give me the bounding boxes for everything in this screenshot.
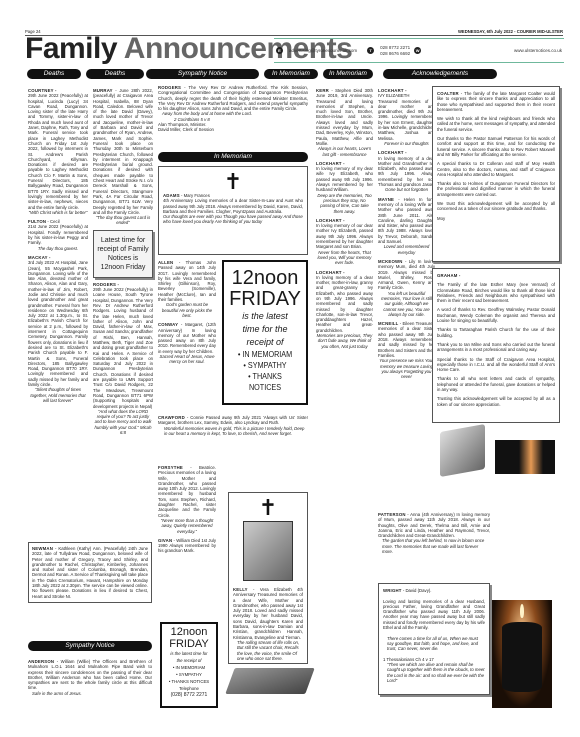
notice-lockhart-1: LOCKHART -In loving memory of my dear wi…	[316, 161, 373, 214]
notice-conway: CONWAY - Margaret, (12th Anniversary) In…	[158, 322, 216, 364]
issue-date: WEDNESDAY, 6th July 2022 - COURIER MID-U…	[458, 29, 563, 34]
section-memoriam-sub: In Memoriam	[158, 152, 308, 162]
bible-graphic-right	[440, 424, 485, 477]
section-memoriam-1: In Memoriam	[264, 69, 318, 79]
bible-graphic	[225, 668, 314, 694]
sympathy-rodgers: RODGERS - The Very Rev Dr Andrew Rutherf…	[158, 85, 308, 133]
candle-image	[492, 600, 552, 708]
cross-icon: ✝	[233, 497, 303, 519]
notice-kelly: ✝ KELLY - Vera Elizabeth 4th Anniversary…	[228, 492, 308, 664]
section-deaths-1: Deaths	[27, 69, 81, 79]
phone-numbers: 028 8772 2271028 8676 6692	[380, 45, 410, 57]
notice-crawford: CRAWFORD - Connie Passed away 9th July 2…	[158, 415, 308, 436]
section-memoriam-2: In Memoriam	[323, 69, 373, 79]
notice-lockhart-2: LOCKHART -In loving memory of our dear m…	[316, 218, 373, 266]
notice-givan: GIVAN - William Died 1st July 1990 Alway…	[158, 538, 216, 554]
portrait-photo	[243, 521, 293, 581]
memoriam-column-c: KERR - Stephen Died 30th June 2019, 3rd …	[316, 88, 373, 353]
notice-rodgers: RODGERS -29th June 2022 (Peacefully) in …	[93, 282, 153, 436]
notice-forsythe: FORSYTHE - Beatrice. Precious memories o…	[158, 465, 216, 534]
notice-lockhart-5: LOCKHART -In loving memory of a dear Mot…	[378, 150, 435, 192]
memoriam-column-d: LOCKHART -IVY ELIZABETHTreasured memorie…	[378, 88, 435, 383]
deaths-column-1: COURTNEY -29th June 2022 (Peacefully) at…	[28, 88, 88, 407]
notice-anderson: ANDERSON - William (Willie) The Officers…	[28, 659, 152, 696]
section-sympathy-2: Sympathy Notice	[28, 641, 152, 651]
notice-lockhart-3: LOCKHART -In loving memory of a dear mot…	[316, 270, 373, 349]
notice-mackay: MACKAY -3rd July 2022 At Hospital, Jane …	[28, 255, 88, 403]
notice-kerr: KERR - Stephen Died 30th June 2019, 3rd …	[316, 88, 373, 157]
email-link[interactable]: advertising@tyronecourier.uk.com	[289, 48, 357, 53]
notice-newman: NEWMAN - Kathleen (Kathy) Ann. (Peaceful…	[28, 542, 152, 603]
deaths-column-2: MURRAY - June 28th 2022, (peacefully) at…	[93, 88, 153, 439]
friday-deadline-ad-small: 12noon FRIDAY is the latest time for the…	[160, 622, 218, 708]
section-acknowledgements: Acknowledgements	[383, 69, 497, 79]
notice-courtney: COURTNEY -29th June 2022 (Peacefully) at…	[28, 88, 88, 215]
notice-fulton: FULTON - Cecil21st June 2022 (Peacefully…	[28, 219, 88, 251]
notice-mcneill: MCNEILL - Eileen Treasured memories of a…	[378, 321, 435, 379]
friday-deadline-ad: 12noon FRIDAY is the latest time for the…	[222, 260, 308, 405]
notice-lockhart-4: LOCKHART -IVY ELIZABETHTreasured memorie…	[378, 88, 435, 146]
email-icon: E	[276, 47, 283, 54]
notice-patterson: PATTERSON - Anna (4th Anniversary) In lo…	[378, 512, 490, 554]
ack-coalter: COALTER - The family of the late Margare…	[432, 86, 560, 262]
cross-icon: ✝	[163, 171, 303, 193]
notice-adams: ✝ ADAMS - Mary Frances 4th Anniversary L…	[158, 166, 308, 255]
memoriam-column-a: ALLEN - Thomas John Passed away on 14th …	[158, 260, 216, 369]
notice-wright: WRIGHT - David (Davy). Loving and lastin…	[378, 583, 490, 695]
decorative-photo	[495, 440, 555, 474]
notice-mckeown: MCKEOWN - Lily In loving memory Mum, die…	[378, 259, 435, 317]
notice-murray: MURRAY - June 28th 2022, (peacefully) at…	[93, 88, 153, 226]
section-deaths-2: Deaths	[86, 69, 144, 79]
notice-allen: ALLEN - Thomas John Passed away on 14th …	[158, 260, 216, 318]
website-link[interactable]: www.ulsternotices.co.uk	[514, 48, 562, 53]
ack-graham: GRAHAM - The Family of the late Esther M…	[432, 268, 560, 423]
section-sympathy: Sympathy Notice	[146, 69, 259, 79]
web-icon: W	[414, 47, 421, 54]
notice-mayne: MAYNE - Helen In fond memory of a loving…	[378, 197, 435, 255]
memoriam-column-b: FORSYTHE - Beatrice. Precious memories o…	[158, 465, 216, 558]
phone-icon: T	[367, 47, 374, 54]
contact-bar: E advertising@tyronecourier.uk.com T 028…	[274, 38, 564, 63]
latest-time-notice: Latest time for receipt of Family Notice…	[93, 230, 153, 278]
